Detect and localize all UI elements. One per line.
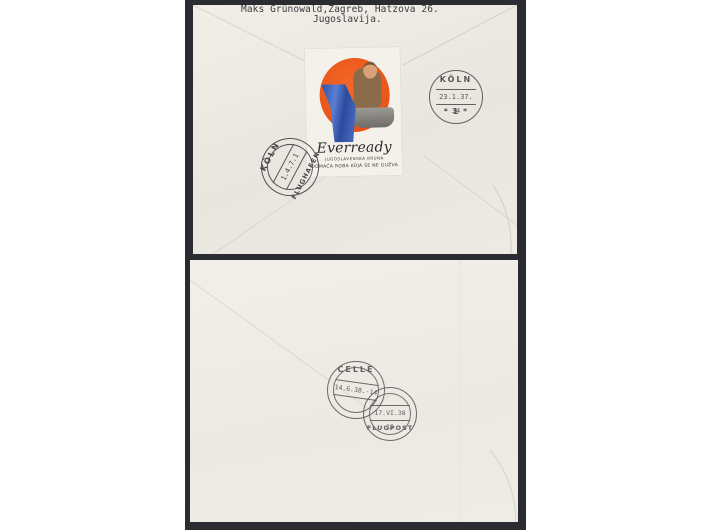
postmark-date: 23.1.37. 34 — [436, 89, 476, 105]
wash-tub-illustration — [352, 107, 394, 128]
return-address-line2: Jugoslavija. — [313, 15, 382, 25]
postmark-date: 17.VI.38 15 — [370, 405, 410, 421]
koln-postmark: KÖLN 23.1.37. 34 * 1 * — [429, 70, 483, 124]
label-subtitle: JUGOSLAVENSKA KRUNA — [307, 155, 402, 162]
postmark-city: CELLE — [328, 365, 384, 374]
postmark-office: * 1 * — [430, 107, 482, 116]
postmark-office: FLUGPOST — [364, 424, 416, 432]
flugpost-postmark: 17.VI.38 15 FLUGPOST — [363, 387, 417, 441]
postmark-city: KÖLN — [430, 75, 482, 84]
label-tagline: DOMAĆA ROBA KOJA SE NE GUŽVA — [307, 163, 402, 170]
